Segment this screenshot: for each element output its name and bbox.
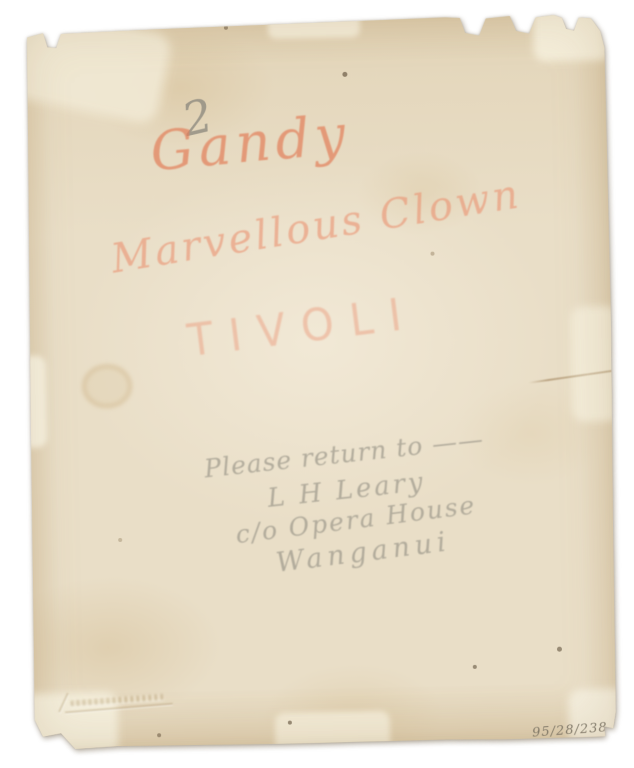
photograph-verso-wrap: 2 Gandy Marvellous Clown TIVOLI Please r… [13, 6, 622, 752]
photograph-verso-paper: 2 Gandy Marvellous Clown TIVOLI Please r… [13, 6, 622, 752]
red-crayon-inscription-marvellous-clown: Marvellous Clown [108, 171, 524, 282]
foxing-specks [13, 18, 15, 20]
embossed-studio-stamp [64, 685, 173, 717]
abraded-patch-right-edge [571, 306, 621, 422]
registration-number: 95/28/238 [532, 720, 609, 740]
crack-line-right-edge [528, 368, 627, 384]
stamp-flourish [58, 693, 69, 713]
scan-background: 2 Gandy Marvellous Clown TIVOLI Please r… [0, 0, 634, 768]
abraded-patch-top-right [532, 0, 613, 62]
ring-stain [82, 364, 133, 409]
red-crayon-inscription-gandy: Gandy [148, 102, 353, 183]
abraded-patch-top-center [268, 5, 361, 39]
red-crayon-inscription-tivoli: TIVOLI [185, 287, 420, 367]
abraded-patch-left-edge [13, 355, 47, 448]
abraded-patch-bottom-center [275, 711, 391, 755]
abraded-patch-bottom-right [568, 688, 634, 747]
abraded-patch-top-left [0, 3, 173, 126]
